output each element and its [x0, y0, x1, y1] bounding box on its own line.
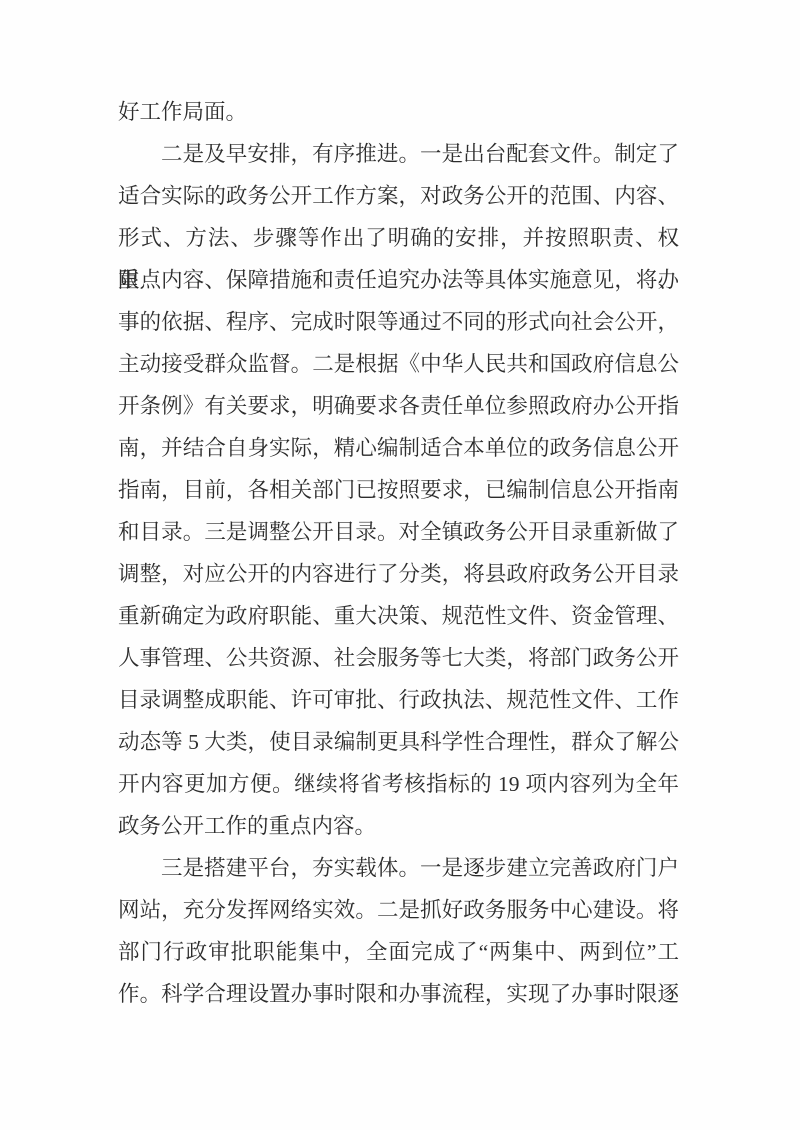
text-line: 动态等 5 大类，使目录编制更具科学性合理性，群众了解公	[118, 721, 679, 763]
text-line: 目录调整成职能、许可审批、行政执法、规范性文件、工作	[118, 679, 679, 721]
text-line: 开内容更加方便。继续将省考核指标的 19 项内容列为全年	[118, 763, 679, 805]
text-line: 重新确定为政府职能、重大决策、规范性文件、资金管理、	[118, 595, 679, 637]
document-page: 好工作局面。二是及早安排，有序推进。一是出台配套文件。制定了适合实际的政务公开工…	[0, 0, 800, 1130]
text-line: 网站，充分发挥网络实效。二是抓好政务服务中心建设。将	[118, 889, 679, 931]
text-line: 作。科学合理设置办事时限和办事流程，实现了办事时限逐	[118, 973, 679, 1015]
text-line: 二是及早安排，有序推进。一是出台配套文件。制定了	[118, 133, 679, 175]
text-line: 适合实际的政务公开工作方案，对政务公开的范围、内容、	[118, 175, 679, 217]
text-line: 部门行政审批职能集中，全面完成了“两集中、两到位”工	[118, 931, 679, 973]
text-line: 指南，目前，各相关部门已按照要求，已编制信息公开指南	[118, 469, 679, 511]
text-line: 三是搭建平台，夯实载体。一是逐步建立完善政府门户	[118, 847, 679, 889]
text-line: 重点内容、保障措施和责任追究办法等具体实施意见，将办	[118, 259, 679, 301]
text-line: 政务公开工作的重点内容。	[118, 805, 679, 847]
text-line: 人事管理、公共资源、社会服务等七大类，将部门政务公开	[118, 637, 679, 679]
text-line: 形式、方法、步骤等作出了明确的安排，并按照职责、权限、	[118, 217, 679, 259]
text-line: 调整，对应公开的内容进行了分类，将县政府政务公开目录	[118, 553, 679, 595]
text-line: 和目录。三是调整公开目录。对全镇政务公开目录重新做了	[118, 511, 679, 553]
text-line: 好工作局面。	[118, 91, 679, 133]
text-line: 开条例》有关要求，明确要求各责任单位参照政府办公开指	[118, 385, 679, 427]
text-line: 事的依据、程序、完成时限等通过不同的形式向社会公开，	[118, 301, 679, 343]
text-line: 主动接受群众监督。二是根据《中华人民共和国政府信息公	[118, 343, 679, 385]
text-line: 南，并结合自身实际，精心编制适合本单位的政务信息公开	[118, 427, 679, 469]
document-text-block: 好工作局面。二是及早安排，有序推进。一是出台配套文件。制定了适合实际的政务公开工…	[118, 91, 679, 1015]
